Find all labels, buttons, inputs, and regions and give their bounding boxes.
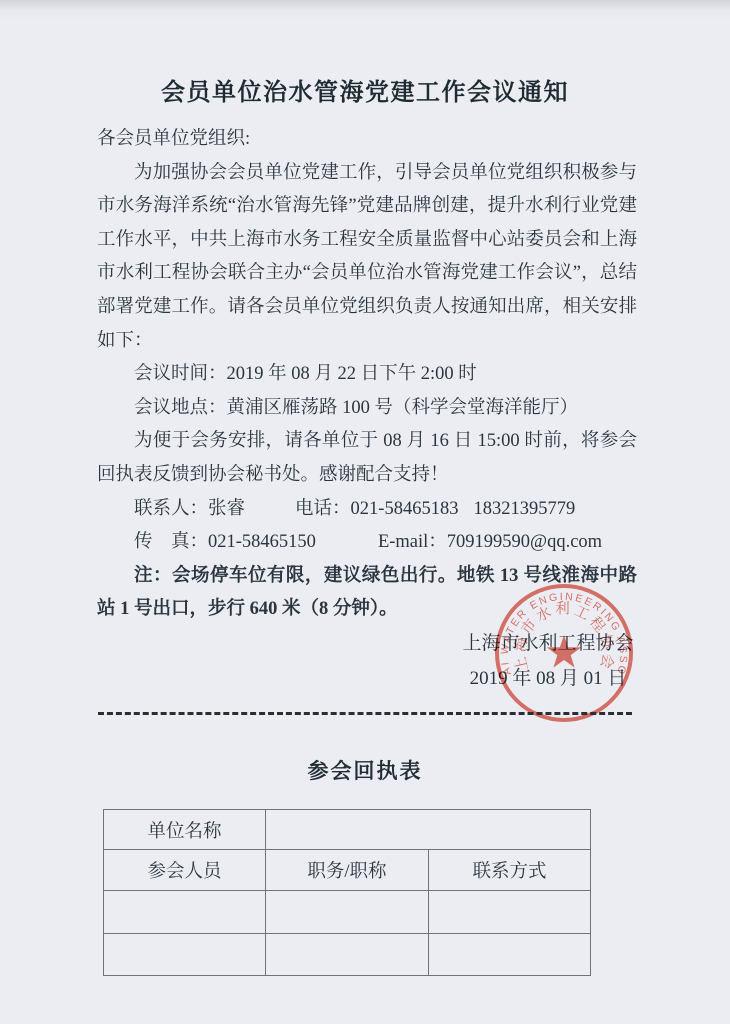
- empty-cell: [104, 934, 266, 976]
- table-empty-row: [104, 891, 591, 934]
- contact-label: 联系人：: [134, 499, 208, 519]
- empty-cell: [104, 891, 266, 934]
- empty-cell: [429, 934, 591, 976]
- table-row-unit: 单位名称: [104, 810, 591, 850]
- signature-org: 上海市水利工程协会: [423, 626, 673, 661]
- phone-number-1: 021-58465183: [351, 499, 459, 519]
- email-label: E-mail：: [378, 532, 447, 552]
- paragraph-intro: 为加强协会会员单位党建工作，引导会员单位党组织积极参与市水务海洋系统“治水管海先…: [97, 157, 637, 359]
- paragraph-reply-request: 为便于会务安排，请各单位于 08 月 16 日 15:00 时前，将参会回执表反…: [97, 425, 637, 492]
- table-header-row: 参会人员 职务/职称 联系方式: [104, 850, 591, 891]
- meeting-time-line: 会议时间：2019 年 08 月 22 日下午 2:00 时: [97, 358, 637, 392]
- reply-form-table: 单位名称 参会人员 职务/职称 联系方式: [103, 809, 591, 976]
- header-contact: 联系方式: [429, 850, 591, 891]
- contact-name: 张睿: [208, 499, 245, 519]
- document-title: 会员单位治水管海党建工作会议通知: [0, 72, 730, 107]
- scanned-notice-page: 会员单位治水管海党建工作会议通知 各会员单位党组织: 为加强协会会员单位党建工作…: [0, 0, 730, 1024]
- header-attendee: 参会人员: [104, 850, 266, 891]
- dashed-cut-line: [98, 712, 632, 715]
- empty-cell: [429, 891, 591, 934]
- reply-form-title: 参会回执表: [0, 755, 730, 785]
- phone-label: 电话：: [295, 499, 351, 519]
- email-address: 709199590@qq.com: [447, 532, 602, 552]
- header-position: 职务/职称: [266, 850, 429, 891]
- unit-name-label-cell: 单位名称: [104, 810, 266, 850]
- unit-name-value-cell: [266, 810, 591, 850]
- notice-body: 各会员单位党组织: 为加强协会会员单位党建工作，引导会员单位党组织积极参与市水务…: [97, 123, 637, 627]
- meeting-place-line: 会议地点：黄浦区雁荡路 100 号（科学会堂海洋能厅）: [97, 392, 637, 426]
- contact-line: 联系人：张睿电话：021-5846518318321395779: [97, 493, 637, 527]
- signature-block: 上海市水利工程协会 2019 年 08 月 01 日: [423, 626, 673, 696]
- phone-number-2: 18321395779: [473, 499, 575, 519]
- note-line: 注：会场停车位有限，建议绿色出行。地铁 13 号线淮海中路站 1 号出口，步行 …: [97, 560, 637, 627]
- fax-line: 传 真：021-58465150E-mail：709199590@qq.com: [97, 526, 637, 560]
- salutation: 各会员单位党组织:: [97, 123, 637, 157]
- fax-label: 传 真：: [134, 532, 208, 552]
- empty-cell: [266, 891, 429, 934]
- signature-date: 2019 年 08 月 01 日: [423, 661, 673, 696]
- table-empty-row: [104, 934, 591, 976]
- empty-cell: [266, 934, 429, 976]
- fax-number: 021-58465150: [208, 532, 316, 552]
